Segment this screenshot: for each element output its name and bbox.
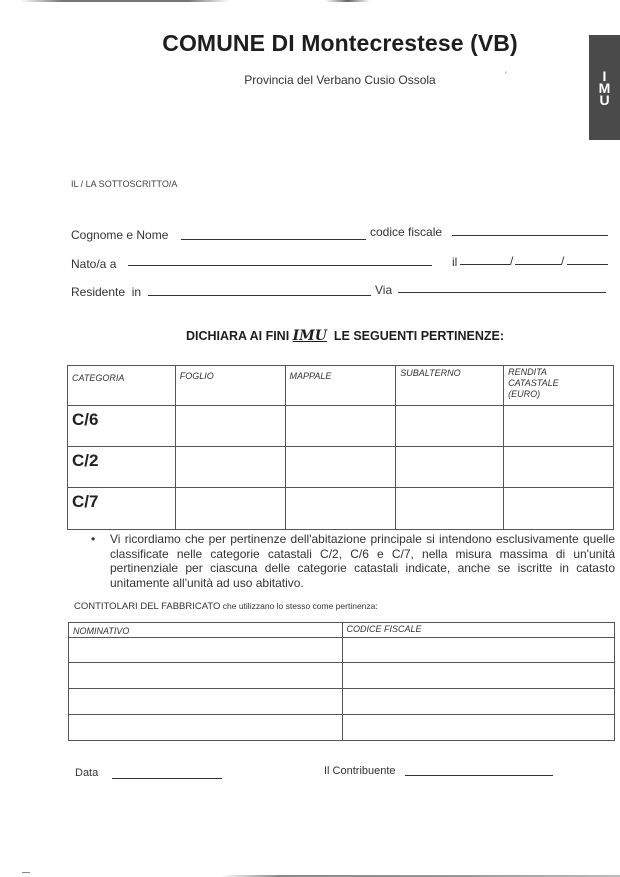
pertinenze-note: Vi ricordiamo che per pertinenze dell'ab… (110, 532, 615, 590)
table-header-row: NOMINATIVO CODICE FISCALE (69, 623, 615, 638)
nominativo-cell[interactable] (69, 663, 343, 689)
declaration-tax: IMU (293, 328, 327, 344)
codice-fiscale-cell[interactable] (342, 689, 614, 715)
mappale-cell[interactable] (285, 447, 396, 488)
pertinenze-table: CATEGORIA FOGLIO MAPPALE SUBALTERNO REND… (67, 365, 614, 530)
codice-fiscale-cell[interactable] (342, 638, 614, 663)
scan-mark (22, 872, 30, 873)
rendita-cell[interactable] (504, 447, 614, 488)
document-subtitle: Provincia del Verbano Cusio Ossola (0, 73, 620, 87)
name-field[interactable] (181, 239, 366, 240)
column-header-categoria: CATEGORIA (68, 366, 175, 384)
subalterno-cell[interactable] (396, 447, 504, 488)
table-header-row: CATEGORIA FOGLIO MAPPALE SUBALTERNO REND… (68, 366, 614, 406)
foglio-cell[interactable] (175, 406, 285, 447)
subalterno-cell[interactable] (396, 406, 504, 447)
column-header-nominativo: NOMINATIVO (69, 623, 342, 637)
scan-artifact-top (20, 0, 230, 2)
contitolari-table: NOMINATIVO CODICE FISCALE (68, 622, 615, 741)
column-header-rendita: RENDITA CATASTALE (EURO) (504, 366, 588, 400)
date-separator: / (510, 254, 513, 268)
column-header-subalterno: SUBALTERNO (396, 366, 503, 379)
rendita-cell[interactable] (504, 488, 614, 530)
residence-field[interactable] (148, 295, 371, 296)
column-header-codice-fiscale: CODICE FISCALE (343, 623, 614, 635)
declaration-prefix: DICHIARA AI FINI (186, 329, 289, 343)
declaration-heading: DICHIARA AI FINI IMU LE SEGUENTI PERTINE… (0, 328, 620, 344)
birthplace-field[interactable] (128, 265, 432, 266)
codice-fiscale-cell[interactable] (342, 663, 614, 689)
name-label: Cognome e Nome (71, 228, 168, 242)
document-title: COMUNE DI Montecrestese (VB) (0, 30, 620, 57)
foglio-cell[interactable] (175, 488, 285, 530)
column-header-mappale: MAPPALE (286, 366, 396, 382)
table-row: C/2 (68, 447, 614, 488)
date-field[interactable] (112, 778, 222, 779)
birthplace-label: Nato/a a (71, 257, 116, 271)
rendita-cell[interactable] (504, 406, 614, 447)
tax-code-field[interactable] (452, 235, 608, 236)
mappale-cell[interactable] (285, 406, 396, 447)
table-row (69, 689, 615, 715)
contitolari-heading-rest: che utilizzano lo stesso come pertinenza… (220, 601, 377, 611)
codice-fiscale-cell[interactable] (342, 715, 614, 741)
table-row: C/7 (68, 488, 614, 530)
nominativo-cell[interactable] (69, 715, 343, 741)
foglio-cell[interactable] (175, 447, 285, 488)
street-label: Via (375, 283, 392, 297)
contitolari-heading: CONTITOLARI DEL FABBRICATO che utilizzan… (74, 601, 378, 612)
date-label: Data (75, 767, 98, 779)
imu-badge-letter-u: U (599, 94, 609, 106)
birth-day-field[interactable] (460, 264, 510, 265)
nominativo-cell[interactable] (69, 689, 343, 715)
column-header-foglio: FOGLIO (176, 366, 285, 382)
birth-year-field[interactable] (567, 264, 608, 265)
nominativo-cell[interactable] (69, 638, 343, 663)
tax-code-label: codice fiscale (370, 225, 442, 239)
birthdate-label: il (452, 255, 457, 269)
signature-label: Il Contribuente (324, 765, 396, 777)
declarant-intro: IL / LA SOTTOSCRITTO/A (71, 179, 177, 189)
table-row (69, 638, 615, 663)
date-separator: / (561, 254, 564, 268)
declaration-suffix: LE SEGUENTI PERTINENZE: (334, 329, 504, 343)
table-row (69, 715, 615, 741)
category-cell: C/2 (68, 447, 175, 471)
imu-logo-badge: I M U (589, 35, 620, 140)
residence-label: Residente in (71, 285, 141, 299)
scan-artifact-top-2 (325, 0, 370, 2)
bullet-icon: • (91, 532, 95, 546)
signature-field[interactable] (405, 775, 553, 776)
scan-mark: ′ (505, 70, 507, 80)
category-cell: C/6 (68, 406, 175, 430)
subalterno-cell[interactable] (396, 488, 504, 530)
birth-month-field[interactable] (515, 264, 561, 265)
table-row (69, 663, 615, 689)
mappale-cell[interactable] (285, 488, 396, 530)
table-row: C/6 (68, 406, 614, 447)
street-field[interactable] (398, 292, 606, 293)
contitolari-heading-caps: CONTITOLARI DEL FABBRICATO (74, 601, 220, 612)
category-cell: C/7 (68, 488, 175, 512)
